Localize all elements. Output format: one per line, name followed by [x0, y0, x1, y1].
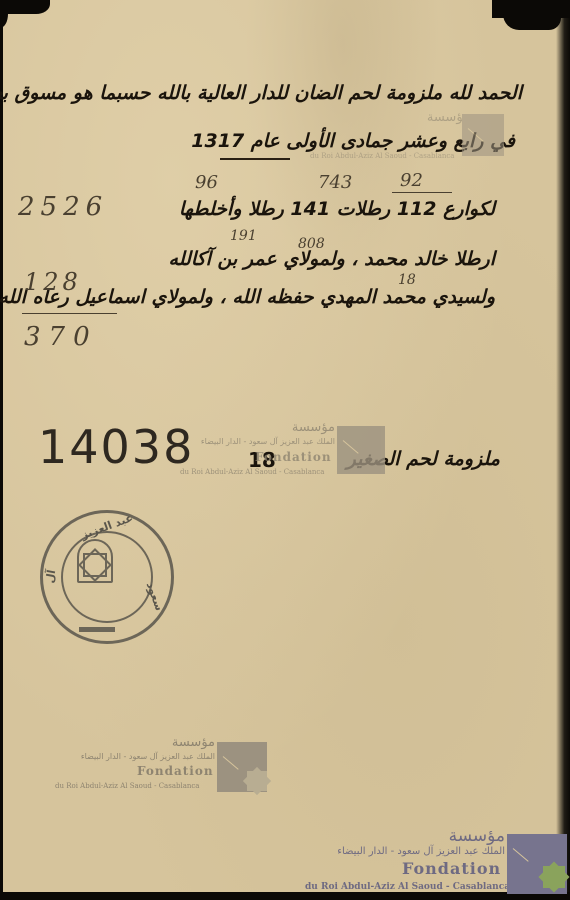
watermark-french-title: Fondation	[137, 764, 214, 778]
torn-edge-top-right-2	[503, 0, 561, 30]
seal-star-icon-2	[83, 553, 107, 577]
annotation-191: 191	[230, 228, 257, 244]
seal-text-left: آل	[43, 569, 58, 584]
dark-edge-right	[556, 0, 570, 900]
watermark-arabic-title: مؤسسة	[240, 420, 335, 435]
annotation-92: 92	[400, 170, 423, 191]
watermark-french-subtitle: du Roi Abdul-Aziz Al Saoud - Casablanca	[305, 882, 510, 892]
watermark-french-title: Fondation	[402, 859, 501, 878]
text-line-1: الحمد لله ملزومة لحم الضان للدار العالية…	[2, 82, 522, 104]
text-line-4: ارطلا خالد محمد ، ولمولاي عمر بن آكالله	[150, 248, 495, 270]
watermark-arabic-title: مؤسسة	[370, 110, 470, 125]
watermark-french-subtitle: du Roi Abdul-Aziz Al Saoud - Casablanca	[310, 152, 454, 160]
watermark-arabic-subtitle: الملك عبد العزيز آل سعود - الدار البيضاء	[305, 846, 505, 857]
watermark-french-subtitle: du Roi Abdul-Aziz Al Saoud - Casablanca	[55, 782, 199, 790]
dark-edge-left	[0, 0, 3, 900]
left-number-2: 128	[24, 268, 82, 296]
left-number-1: 2526	[18, 192, 108, 222]
text-line-5: ولسيدي محمد المهدي حفظه الله ، ولمولاي ا…	[130, 286, 495, 308]
watermark-french-subtitle: du Roi Abdul-Aziz Al Saoud - Casablanca	[180, 468, 324, 476]
dark-edge-bottom	[0, 892, 570, 900]
sum-line	[22, 313, 117, 314]
left-number-3: 370	[24, 322, 98, 352]
watermark-french-title: Fondation	[255, 450, 332, 464]
text-line-3: لكوارع 112 رطلات 141 رطلا وأخلطها	[150, 198, 495, 220]
watermark-logo-square	[462, 114, 504, 156]
annotation-96: 96	[195, 172, 218, 193]
watermark-logo-square	[337, 426, 385, 474]
watermark-arabic-title: مؤسسة	[120, 735, 215, 750]
annotation-92-underline	[392, 192, 452, 193]
annotation-743: 743	[318, 172, 352, 193]
catalog-number: 14038	[38, 420, 194, 474]
seal-bar	[79, 627, 115, 632]
watermark-arabic-title: مؤسسة	[385, 826, 505, 846]
line-2-flourish	[220, 158, 290, 160]
watermark-arabic-subtitle: الملك عبد العزيز آل سعود - الدار البيضاء	[200, 437, 335, 446]
watermark-arabic-subtitle: الملك عبد العزيز آل سعود - الدار البيضاء	[65, 752, 215, 761]
